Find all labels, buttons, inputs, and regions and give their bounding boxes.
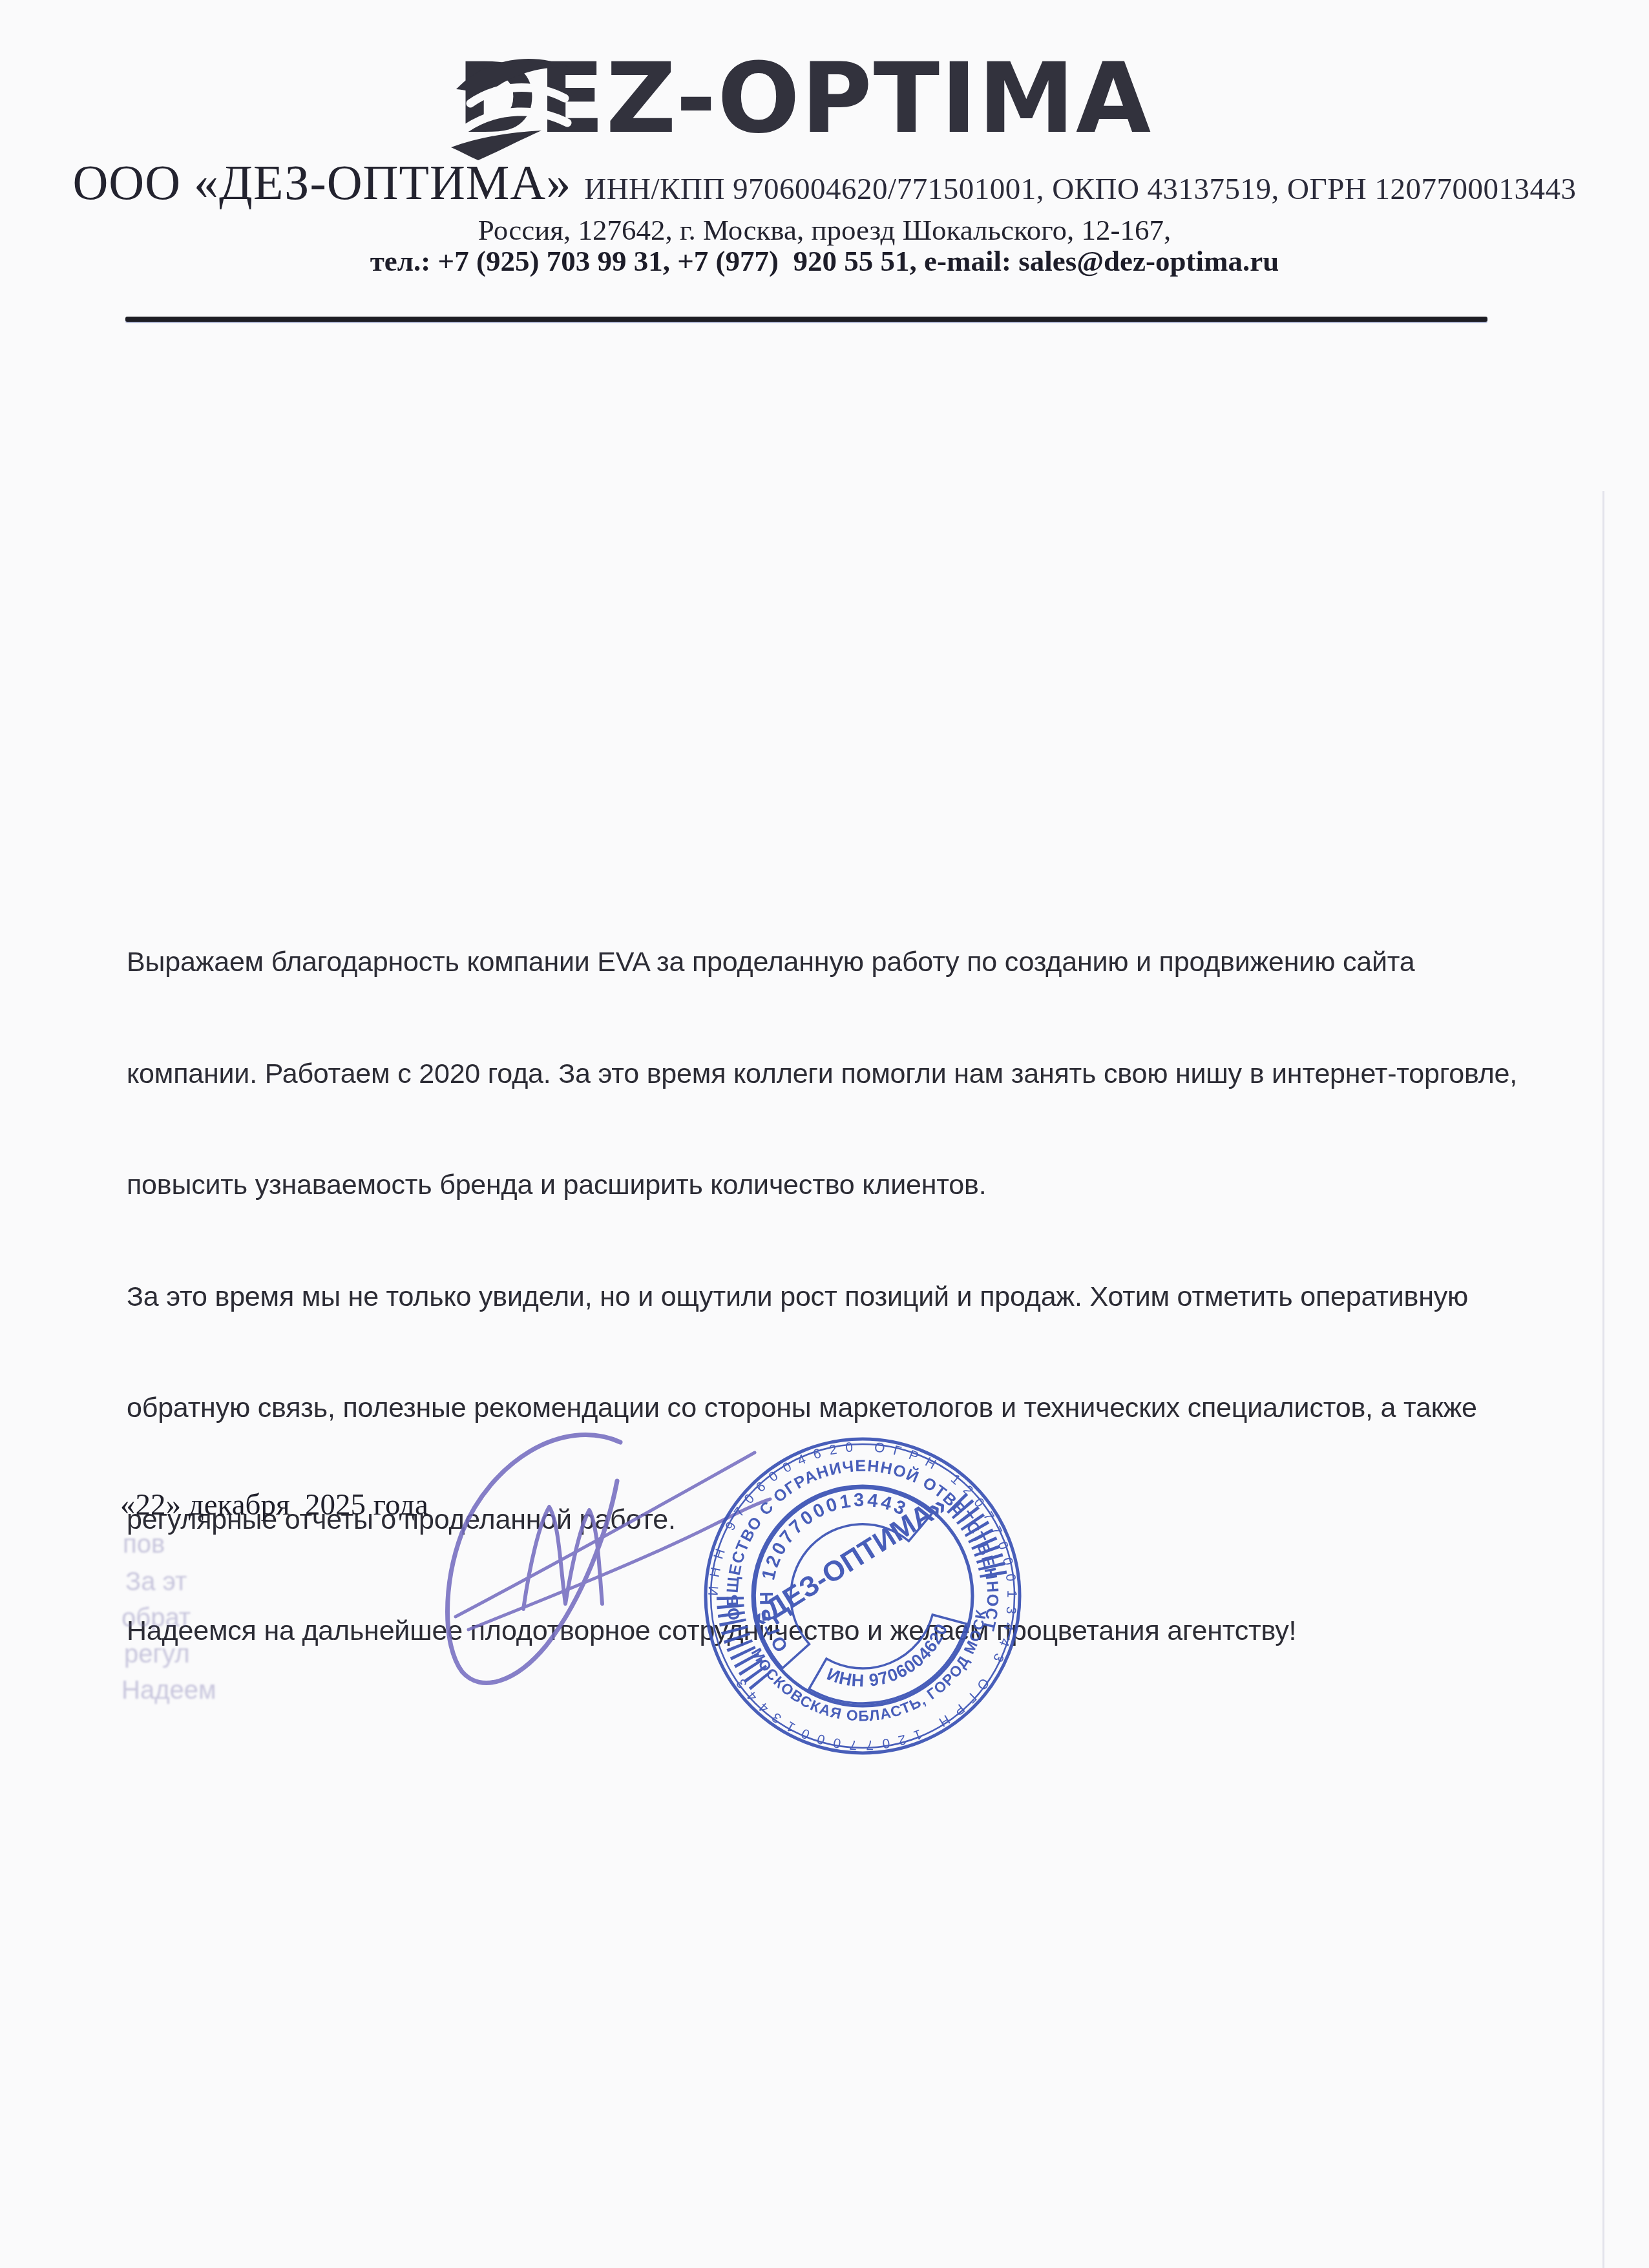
company-registration-details: ИНН/КПП 9706004620/771501001, ОКПО 43137…	[584, 172, 1576, 207]
bleed-through-text: За эт	[125, 1568, 187, 1597]
bleed-through-text: регул	[124, 1640, 190, 1669]
letter-date: «22» декабря 2025 года	[120, 1487, 428, 1522]
scanned-letter-page: DEZ-OPTIMA ООО «ДЕЗ-ОПТИМА» ИНН/КПП 9706…	[0, 0, 1649, 2268]
bleed-through-text: Надеем	[121, 1676, 216, 1705]
body-line: повысить узнаваемость бренда и расширить…	[127, 1167, 1561, 1204]
bleed-through-text: обрат	[121, 1604, 191, 1633]
logo-wordmark: DEZ-OPTIMA	[451, 43, 1152, 160]
body-line: За это время мы не только увидели, но и …	[127, 1279, 1561, 1316]
body-line: компании. Работаем с 2020 года. За это в…	[127, 1056, 1561, 1093]
company-round-stamp: ИНН 9706004620 ОГРН 1207700013443 ОГРН 1…	[688, 1422, 1037, 1770]
company-address: Россия, 127642, г. Москва, проезд Шокаль…	[0, 213, 1649, 247]
bleed-through-text: пов	[123, 1530, 165, 1559]
letterhead-company-line: ООО «ДЕЗ-ОПТИМА» ИНН/КПП 9706004620/7715…	[0, 155, 1649, 211]
company-contacts: тел.: +7 (925) 703 99 31, +7 (977) 920 5…	[0, 244, 1649, 278]
company-name: ООО «ДЕЗ-ОПТИМА»	[72, 155, 571, 211]
scan-fold-line	[1602, 491, 1604, 2268]
letterhead-divider	[125, 317, 1487, 322]
body-line: Выражаем благодарность компании EVA за п…	[127, 944, 1561, 982]
dez-optima-logo: DEZ-OPTIMA	[401, 23, 1221, 169]
